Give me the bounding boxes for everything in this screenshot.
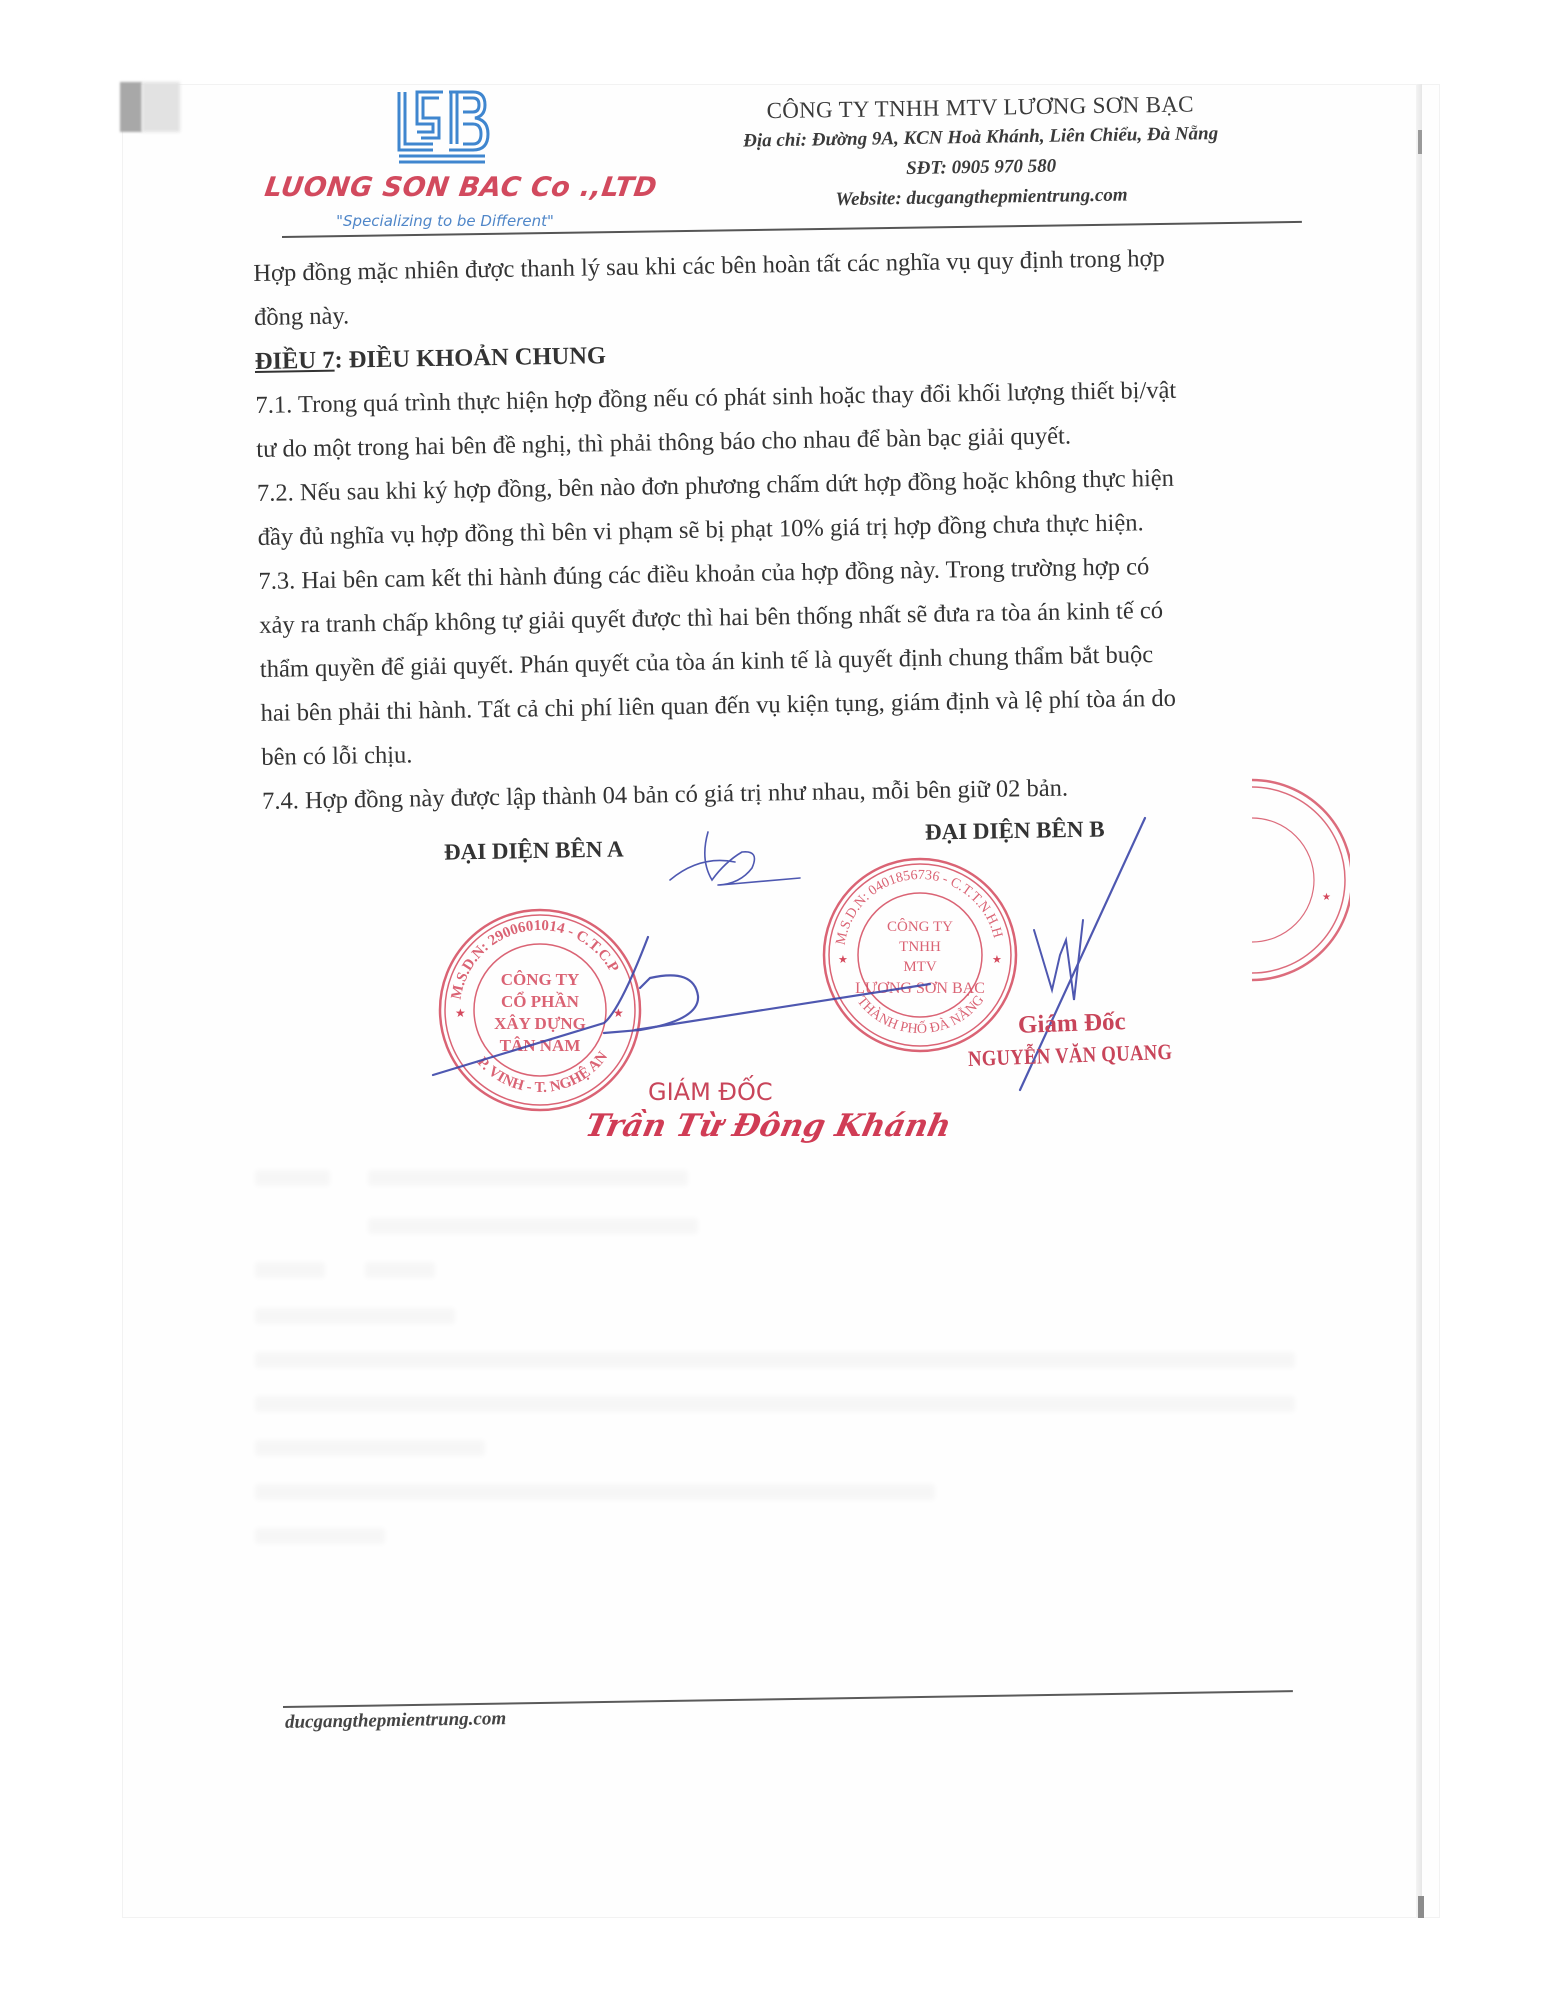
party-a-title: GIÁM ĐỐC	[648, 1078, 773, 1106]
party-b-title: Giám Đốc	[1018, 1008, 1127, 1040]
footer-website: ducgangthepmientrung.com	[285, 1708, 507, 1734]
party-a-name: Trần Từ Đông Khánh	[582, 1108, 954, 1144]
